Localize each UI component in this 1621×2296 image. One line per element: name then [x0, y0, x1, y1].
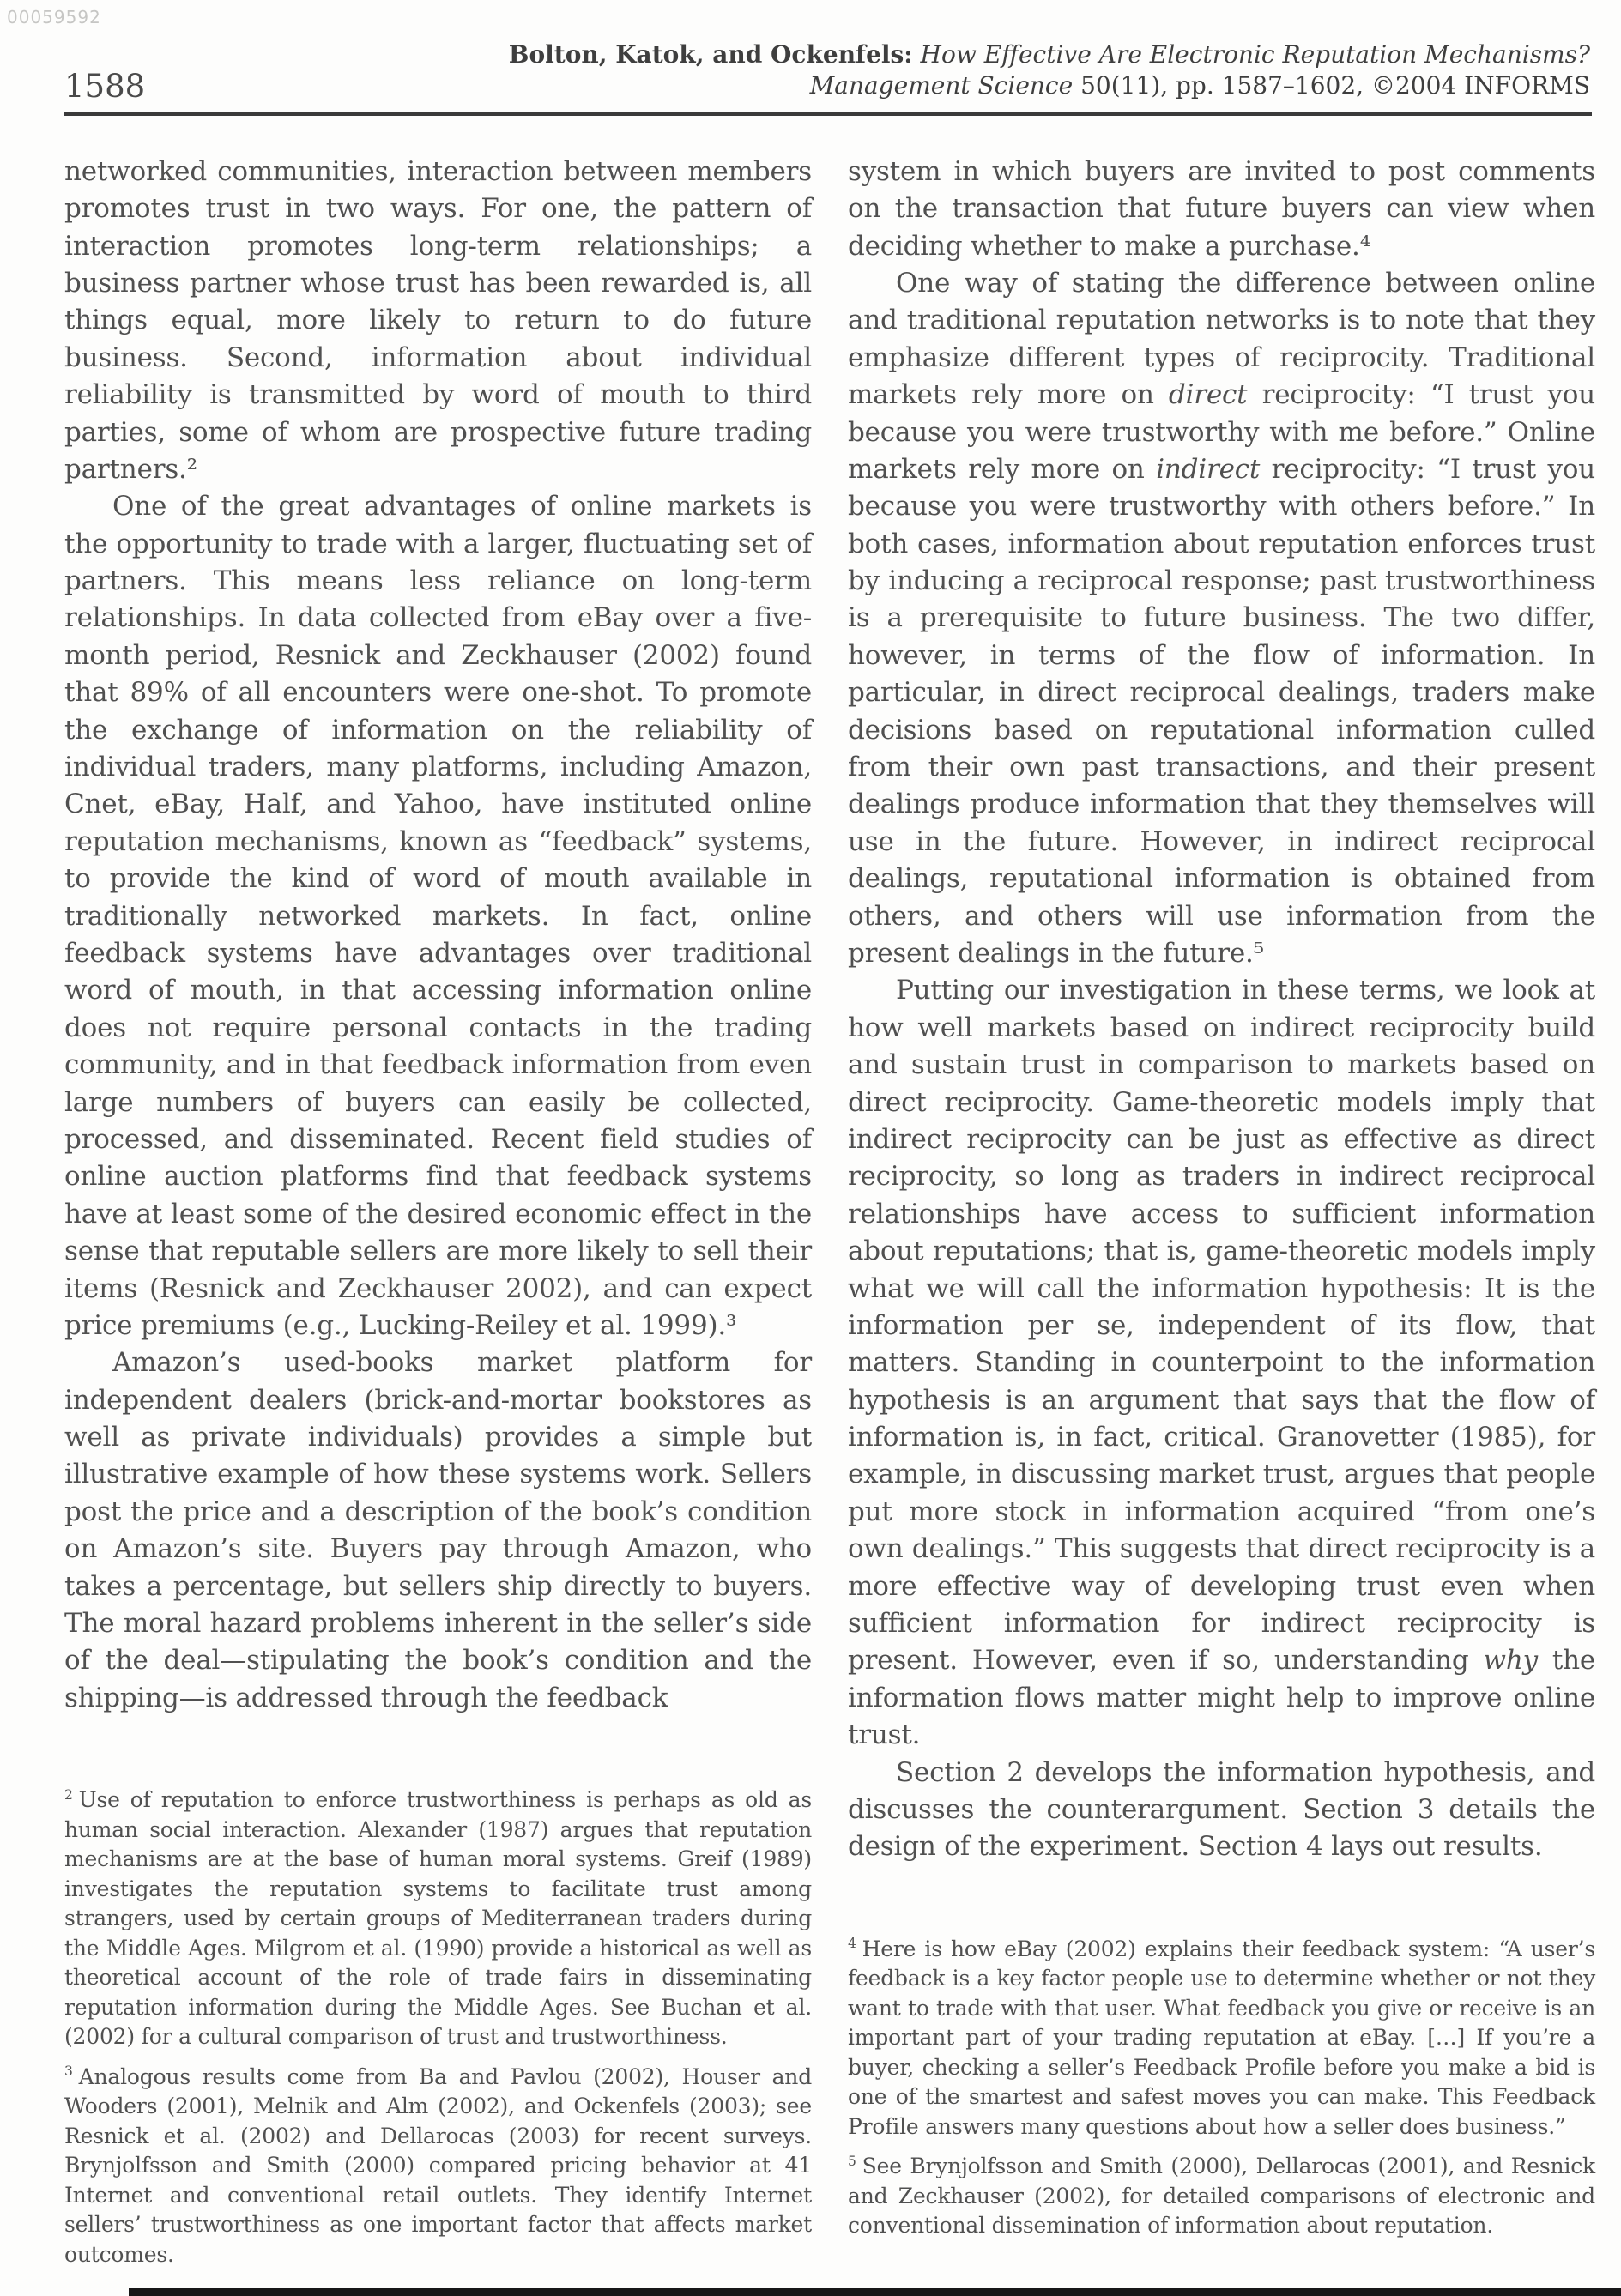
page-number: 1588 [64, 70, 145, 102]
footnote: 2Use of reputation to enforce trustworth… [64, 1785, 812, 2052]
body-paragraph: One of the great advantages of online ma… [64, 488, 812, 1344]
footnote-text: Analogous results come from Ba and Pavlo… [64, 2064, 812, 2267]
footnote: 4Here is how eBay (2002) explains their … [848, 1935, 1595, 2142]
left-column-footnotes: 2Use of reputation to enforce trustworth… [64, 1785, 812, 2280]
right-column-footnotes: 4Here is how eBay (2002) explains their … [848, 1935, 1595, 2251]
page-header: 1588 Bolton, Katok, and Ockenfels: How E… [0, 0, 1621, 107]
body-paragraph: Section 2 develops the information hypot… [848, 1755, 1595, 1866]
body-paragraph: Putting our investigation in these terms… [848, 972, 1595, 1754]
footnote-text: Here is how eBay (2002) explains their f… [848, 1936, 1595, 2139]
emphasis-why: why [1483, 1645, 1537, 1676]
footnote-text: Use of reputation to enforce trustworthi… [64, 1787, 812, 2049]
two-column-body: networked communities, interaction betwe… [0, 116, 1621, 2280]
running-head-citation: Bolton, Katok, and Ockenfels: How Effect… [509, 39, 1590, 70]
footnote: 3Analogous results come from Ba and Pavl… [64, 2063, 812, 2270]
body-paragraph: system in which buyers are invited to po… [848, 154, 1595, 265]
running-head: Bolton, Katok, and Ockenfels: How Effect… [509, 39, 1590, 102]
footnote-text: See Brynjolfsson and Smith (2000), Della… [848, 2154, 1595, 2238]
scanned-paper-page: 00059592 1588 Bolton, Katok, and Ockenfe… [0, 0, 1621, 2296]
journal-name: Management Science [810, 71, 1074, 100]
scan-stamp: 00059592 [7, 7, 101, 27]
right-column-body: system in which buyers are invited to po… [848, 154, 1595, 1866]
paragraph-segment: Putting our investigation in these terms… [848, 975, 1595, 1676]
journal-info: 50(11), pp. 1587–1602, ©2004 INFORMS [1073, 71, 1590, 100]
citation-title: How Effective Are Electronic Reputation … [921, 40, 1590, 69]
citation-authors: Bolton, Katok, and Ockenfels: [509, 40, 913, 69]
running-head-journal: Management Science 50(11), pp. 1587–1602… [509, 70, 1590, 101]
bottom-scan-artifact-bar [129, 2288, 1621, 2296]
footnote: 5See Brynjolfsson and Smith (2000), Dell… [848, 2152, 1595, 2241]
footnote-marker: 4 [848, 1936, 856, 1951]
body-paragraph: One way of stating the difference betwee… [848, 265, 1595, 972]
left-column: networked communities, interaction betwe… [64, 154, 812, 2280]
paragraph-segment: reciprocity: “I trust you because you we… [848, 454, 1595, 969]
left-column-body: networked communities, interaction betwe… [64, 154, 812, 1717]
body-paragraph: Amazon’s used-books market platform for … [64, 1344, 812, 1717]
emphasis-direct: direct [1169, 379, 1248, 410]
footnote-marker: 5 [848, 2154, 856, 2169]
right-column: system in which buyers are invited to po… [848, 154, 1595, 2280]
footnote-marker: 2 [64, 1787, 73, 1803]
body-paragraph: networked communities, interaction betwe… [64, 154, 812, 489]
emphasis-indirect: indirect [1156, 454, 1260, 485]
footnote-marker: 3 [64, 2063, 73, 2079]
